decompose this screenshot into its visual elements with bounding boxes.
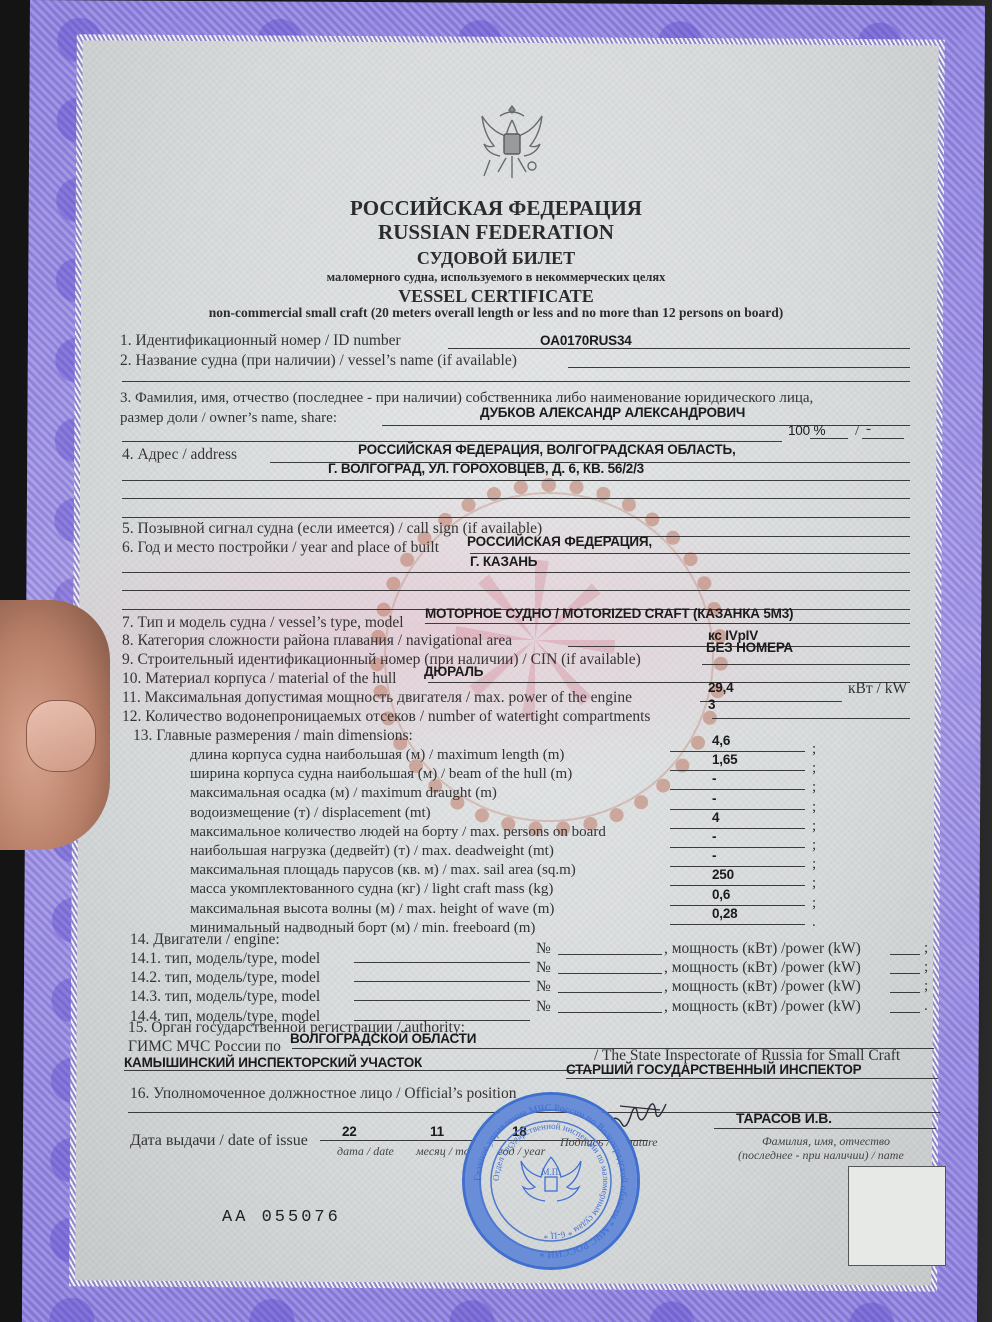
dimension-terminator: ; <box>812 875 816 892</box>
dimension-label: максимальная площадь парусов (кв. м) / m… <box>190 862 576 879</box>
engine-row-label: 14.3. тип, модель/type, model <box>130 988 320 1006</box>
photo-box <box>848 1166 946 1266</box>
field-official-label: 16. Уполномоченное должностное лицо / Of… <box>130 1085 516 1103</box>
field-compartments-value: 3 <box>708 697 715 712</box>
field-position-value: СТАРШИЙ ГОСУДАРСТВЕННЫЙ ИНСПЕКТОР <box>566 1062 861 1077</box>
field-build-value-2: Г. КАЗАНЬ <box>470 554 537 569</box>
engine-row-power-label: , мощность (кВт) /power (kW) <box>664 998 861 1016</box>
field-cin-label: 9. Строительный идентификационный номер … <box>122 651 641 669</box>
official-seal-stamp: Главное управление МЧС России по Волгогр… <box>462 1092 640 1270</box>
country-title-ru: РОССИЙСКАЯ ФЕДЕРАЦИЯ <box>0 196 992 221</box>
field-authority-value-1: ВОЛГОГРАДСКОЙ ОБЛАСТИ <box>290 1031 476 1046</box>
dimension-terminator: . <box>812 914 816 931</box>
engine-row-terminator: ; <box>924 940 928 957</box>
dimension-label: водоизмещение (т) / displacement (mt) <box>190 805 431 822</box>
engine-row-number-sign: № <box>536 998 551 1016</box>
issue-date-label: Дата выдачи / date of issue <box>130 1132 308 1150</box>
field-power-value: 29,4 <box>708 680 733 695</box>
dimension-label: длина корпуса судна наибольшая (м) / max… <box>190 747 564 764</box>
issue-day: 22 <box>342 1124 357 1139</box>
field-cin-value: БЕЗ НОМЕРА <box>706 640 793 655</box>
name-caption-2: (последнее - при наличии) / name <box>738 1148 904 1163</box>
field-compartments-label: 12. Количество водонепроницаемых отсеков… <box>122 708 650 726</box>
issue-day-caption: дата / date <box>337 1144 394 1159</box>
field-nav-area-label: 8. Категория сложности района плавания /… <box>122 632 512 650</box>
dimension-value: 1,65 <box>712 752 737 767</box>
double-headed-eagle-emblem-icon <box>472 98 552 190</box>
dimension-value: 0,28 <box>712 906 737 921</box>
engine-row-number-sign: № <box>536 959 551 977</box>
dimension-label: ширина корпуса судна наибольшая (м) / be… <box>190 766 572 783</box>
issue-month: 11 <box>430 1124 444 1139</box>
field-address-value-2: Г. ВОЛГОГРАД, УЛ. ГОРОХОВЦЕВ, Д. 6, КВ. … <box>328 461 644 476</box>
field-owner-value: ДУБКОВ АЛЕКСАНДР АЛЕКСАНДРОВИЧ <box>480 405 745 420</box>
field-engines-label: 14. Двигатели / engine: <box>130 931 280 949</box>
dimension-value: - <box>712 791 716 806</box>
engine-row-label: 14.2. тип, модель/type, model <box>130 969 320 987</box>
dimension-label: максимальная высота волны (м) / max. hei… <box>190 901 554 918</box>
dimension-value: - <box>712 771 716 786</box>
engine-row-power-label: , мощность (кВт) /power (kW) <box>664 959 861 977</box>
dimension-terminator: ; <box>812 760 816 777</box>
engine-row-power-label: , мощность (кВт) /power (kW) <box>664 940 861 958</box>
engine-row-label: 14.1. тип, модель/type, model <box>130 950 320 968</box>
field-power-unit: кВт / kW <box>848 680 907 698</box>
dimension-value: 4,6 <box>712 733 730 748</box>
engine-row-number-sign: № <box>536 940 551 958</box>
share-separator: / <box>855 423 859 440</box>
engine-row-terminator: . <box>924 998 928 1015</box>
field-material-label: 10. Материал корпуса / material of the h… <box>122 670 397 688</box>
dimension-value: - <box>712 829 716 844</box>
document-title-en: VESSEL CERTIFICATE <box>0 286 992 307</box>
field-type-label: 7. Тип и модель судна / vessel’s type, m… <box>122 614 404 632</box>
serial-number: АА 055076 <box>222 1208 341 1227</box>
dimension-terminator: ; <box>812 799 816 816</box>
engine-row-power-label: , мощность (кВт) /power (kW) <box>664 978 861 996</box>
dimension-terminator: ; <box>812 837 816 854</box>
field-power-label: 11. Максимальная допустимая мощность дви… <box>122 689 632 707</box>
dimension-label: наибольшая нагрузка (дедвейт) (т) / max.… <box>190 843 554 860</box>
dimension-label: максимальная осадка (м) / maximum draugh… <box>190 785 497 802</box>
thumbnail <box>26 700 96 772</box>
field-vessel-name-label: 2. Название судна (при наличии) / vessel… <box>120 352 517 370</box>
field-address-value-1: РОССИЙСКАЯ ФЕДЕРАЦИЯ, ВОЛГОГРАДСКАЯ ОБЛА… <box>358 442 736 457</box>
dimension-value: 250 <box>712 867 734 882</box>
field-address-label: 4. Адрес / address <box>122 446 237 464</box>
name-caption-1: Фамилия, имя, отчество <box>762 1134 890 1149</box>
dimension-terminator: ; <box>812 895 816 912</box>
dimension-terminator: ; <box>812 779 816 796</box>
dimension-value: 4 <box>712 810 719 825</box>
field-dimensions-label: 13. Главные размерения / main dimensions… <box>133 727 413 745</box>
document-subtitle-en: non-commercial small craft (20 meters ov… <box>0 305 992 321</box>
dimension-terminator: ; <box>812 818 816 835</box>
field-build-label: 6. Год и место постройки / year and plac… <box>122 539 439 557</box>
document-title-ru: СУДОВОЙ БИЛЕТ <box>0 248 992 269</box>
seal-emblem-icon: Главное управление МЧС России по Волгогр… <box>465 1095 637 1267</box>
dimension-value: 0,6 <box>712 887 730 902</box>
dimension-terminator: ; <box>812 741 816 758</box>
field-type-value: МОТОРНОЕ СУДНО / MOTORIZED CRAFT (КАЗАНК… <box>425 606 793 621</box>
field-share-value: 100 % <box>788 423 825 438</box>
field-id-label: 1. Идентификационный номер / ID number <box>120 332 401 350</box>
field-build-value-1: РОССИЙСКАЯ ФЕДЕРАЦИЯ, <box>467 534 652 549</box>
field-owner-label-2: размер доли / owner’s name, share: <box>120 410 337 427</box>
field-id-value: OA0170RUS34 <box>540 333 632 348</box>
engine-row-number-sign: № <box>536 978 551 996</box>
field-share-other: - <box>866 421 871 438</box>
svg-text:М.П.: М.П. <box>541 1167 560 1177</box>
field-authority-value-2: КАМЫШИНСКИЙ ИНСПЕКТОРСКИЙ УЧАСТОК <box>124 1055 422 1070</box>
dimension-value: - <box>712 848 716 863</box>
dimension-label: масса укомплектованного судна (кг) / lig… <box>190 881 553 898</box>
dimension-label: максимальное количество людей на борту /… <box>190 824 606 841</box>
country-title-en: RUSSIAN FEDERATION <box>0 220 992 245</box>
field-authority-prefix: ГИМС МЧС России по <box>128 1038 281 1056</box>
dimension-terminator: ; <box>812 856 816 873</box>
engine-row-terminator: ; <box>924 978 928 995</box>
document-subtitle-ru: маломерного судна, используемого в неком… <box>0 270 992 285</box>
official-name: ТАРАСОВ И.В. <box>736 1110 832 1126</box>
engine-row-terminator: ; <box>924 959 928 976</box>
field-material-value: ДЮРАЛЬ <box>424 664 483 679</box>
